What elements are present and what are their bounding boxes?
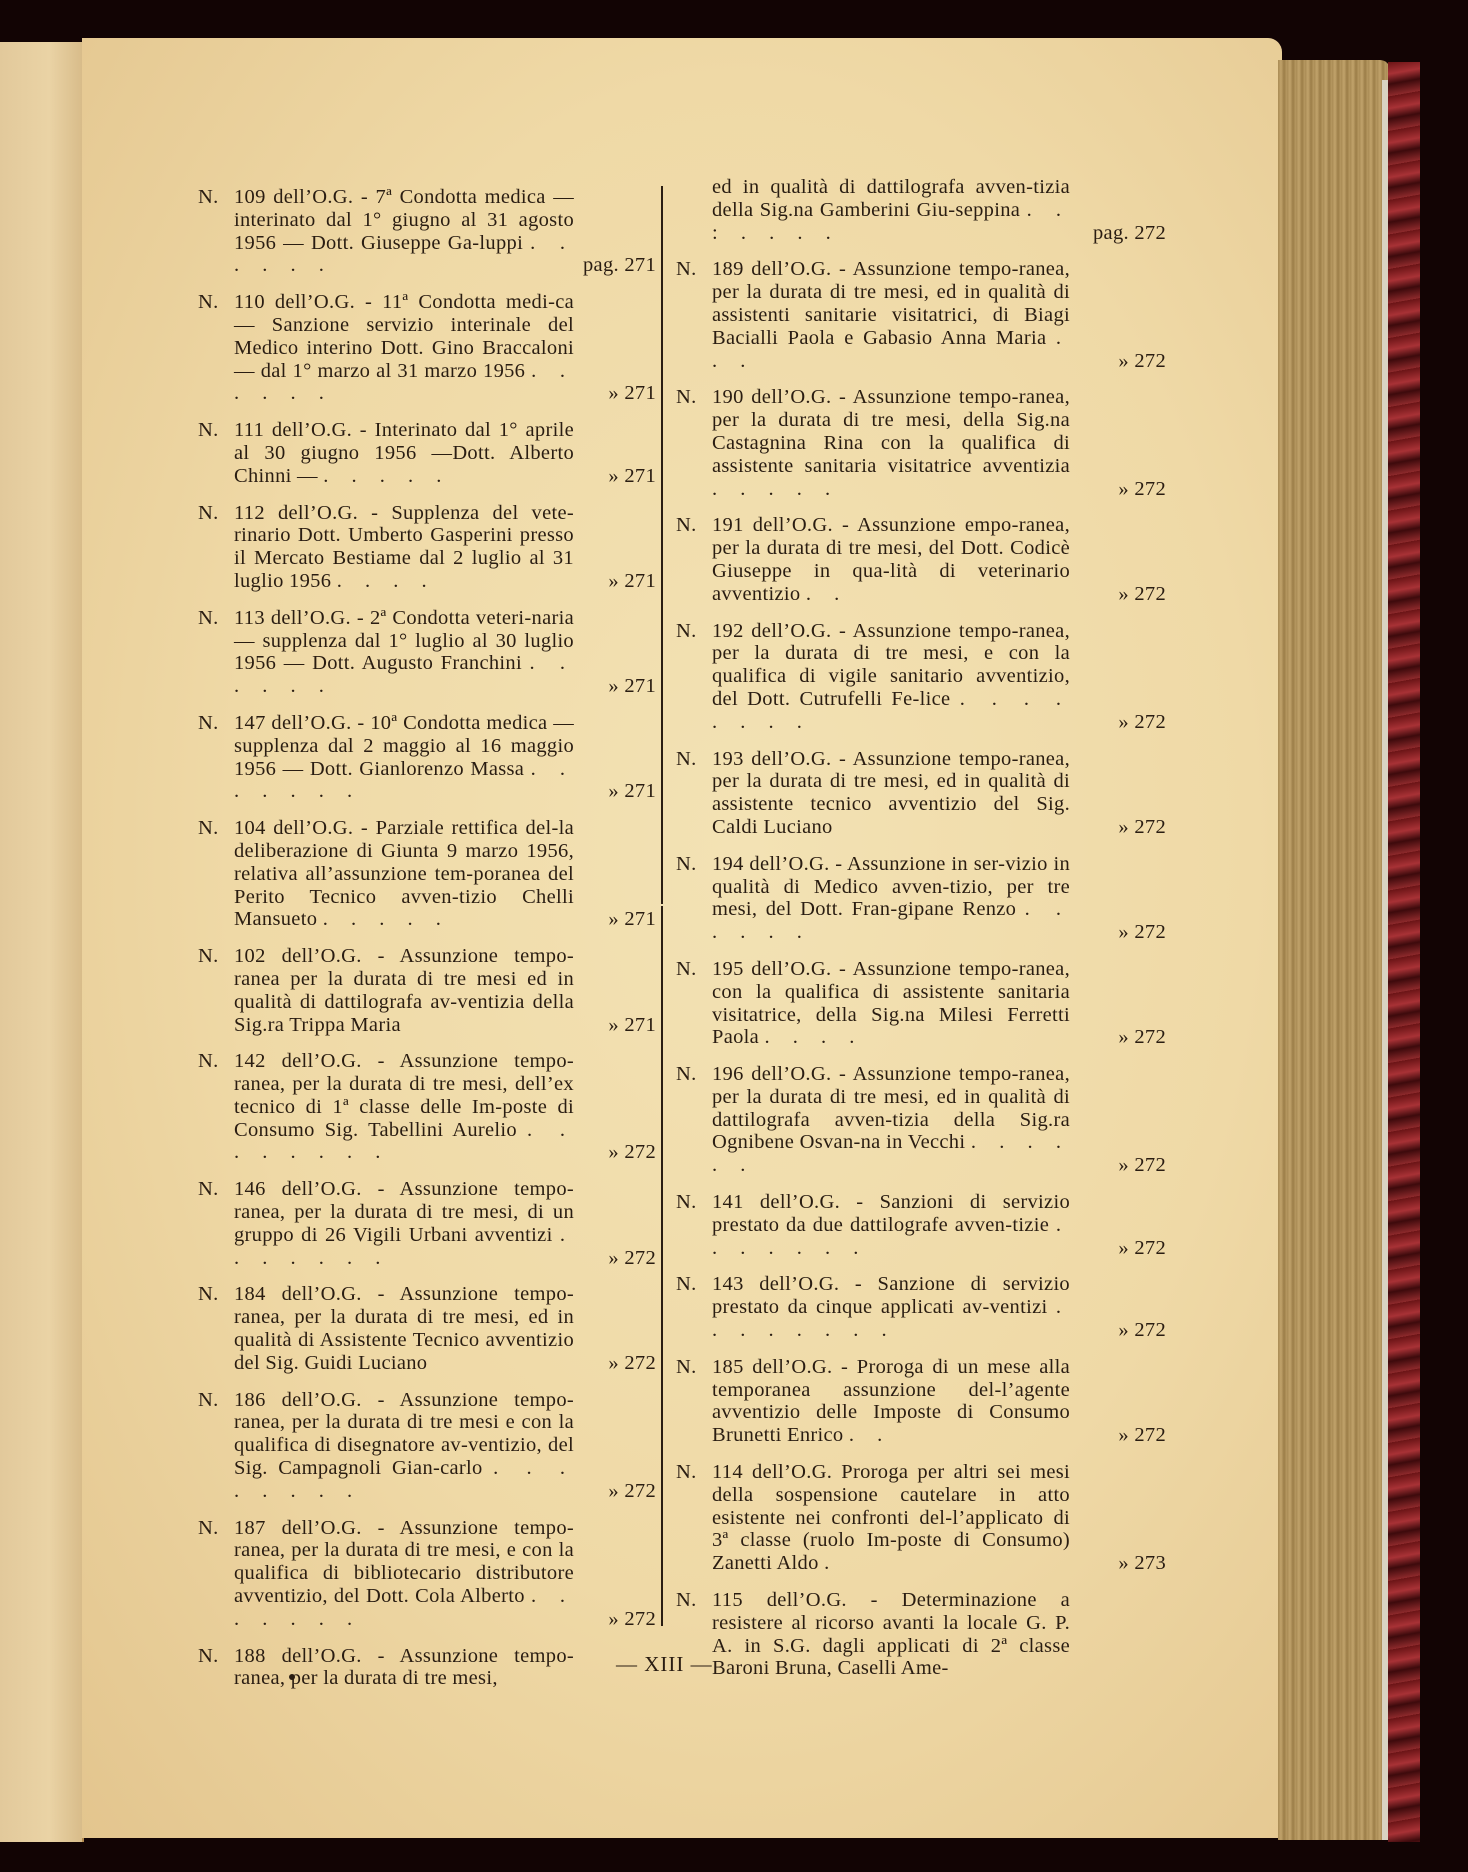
index-entry: N.189 dell’O.G. - Assunzione tempo-ranea…	[676, 258, 1166, 372]
index-entry: N.143 dell’O.G. - Sanzione di servizio p…	[676, 1273, 1166, 1341]
column-divider	[661, 186, 663, 904]
facing-page-edge	[0, 42, 84, 1842]
entry-text: 193 dell’O.G. - Assunzione tempo-ranea, …	[712, 748, 1070, 838]
index-entry: N.142 dell’O.G. - Assunzione tempo-ranea…	[198, 1050, 656, 1164]
page-reference: » 272	[1118, 350, 1166, 373]
entry-text: 143 dell’O.G. - Sanzione di servizio pre…	[712, 1273, 1070, 1318]
index-entry: N.109 dell’O.G. - 7ª Condotta medica — i…	[198, 186, 656, 277]
entry-text: 110 dell’O.G. - 11ª Condotta medi-ca — S…	[234, 291, 574, 381]
index-entry: N.111 dell’O.G. - Interinato dal 1° apri…	[198, 419, 656, 487]
entry-text: 113 dell’O.G. - 2ª Condotta veteri-naria…	[234, 607, 574, 675]
page-reference: » 272	[608, 1480, 656, 1503]
index-column-right: ed in qualità di dattilografa avven-tizi…	[676, 176, 1166, 1694]
entry-text: 189 dell’O.G. - Assunzione tempo-ranea, …	[712, 258, 1070, 348]
entry-text: 109 dell’O.G. - 7ª Condotta medica — int…	[234, 186, 574, 254]
index-entry-continuation: ed in qualità di dattilografa avven-tizi…	[676, 176, 1166, 244]
entry-text: 142 dell’O.G. - Assunzione tempo-ranea, …	[234, 1050, 574, 1140]
index-entry: N.102 dell’O.G. - Assunzione tempo-ranea…	[198, 945, 656, 1036]
index-entry: N.115 dell’O.G. - Determinazione a resis…	[676, 1589, 1166, 1680]
ink-speck	[289, 1674, 295, 1680]
entry-text: 146 dell’O.G. - Assunzione tempo-ranea, …	[234, 1178, 574, 1246]
index-entry: N.112 dell’O.G. - Supplenza del vete-rin…	[198, 502, 656, 593]
page-reference: » 271	[608, 382, 656, 405]
entry-text: ed in qualità di dattilografa avven-tizi…	[712, 176, 1070, 221]
page-reference: » 272	[1118, 1424, 1166, 1447]
index-entry: N.141 dell’O.G. - Sanzioni di servizio p…	[676, 1191, 1166, 1259]
page-reference: » 272	[1118, 1319, 1166, 1342]
index-entry: N.147 dell’O.G. - 10ª Condotta medica — …	[198, 712, 656, 803]
index-entry: N.185 dell’O.G. - Proroga di un mese all…	[676, 1356, 1166, 1447]
entry-text: 141 dell’O.G. - Sanzioni di servizio pre…	[712, 1191, 1070, 1236]
entry-text: 115 dell’O.G. - Determinazione a resiste…	[712, 1589, 1070, 1679]
page-reference: » 271	[608, 465, 656, 488]
page-reference: pag. 272	[1093, 222, 1166, 245]
index-entry: N.194 dell’O.G. - Assunzione in ser-vizi…	[676, 853, 1166, 944]
entry-text: 102 dell’O.G. - Assunzione tempo-ranea p…	[234, 945, 574, 1035]
index-entry: N.188 dell’O.G. - Assunzione tempo-ranea…	[198, 1645, 656, 1691]
entry-text: 184 dell’O.G. - Assunzione tempo-ranea, …	[234, 1283, 574, 1373]
entry-text: 188 dell’O.G. - Assunzione tempo-ranea, …	[234, 1645, 574, 1690]
page-reference: » 272	[1118, 1154, 1166, 1177]
index-entry: N.192 dell’O.G. - Assunzione tempo-ranea…	[676, 620, 1166, 734]
page-reference: » 273	[1118, 1552, 1166, 1575]
page-reference: » 271	[608, 1014, 656, 1037]
index-entry: N.110 dell’O.G. - 11ª Condotta medi-ca —…	[198, 291, 656, 405]
index-column-left: N.109 dell’O.G. - 7ª Condotta medica — i…	[198, 186, 656, 1704]
page-reference: » 272	[1118, 711, 1166, 734]
page-reference: » 272	[608, 1608, 656, 1631]
entry-text: 147 dell’O.G. - 10ª Condotta medica — su…	[234, 712, 574, 780]
entry-text: 194 dell’O.G. - Assunzione in ser-vizio …	[712, 853, 1070, 921]
page-block-edge	[1278, 60, 1390, 1840]
page-reference: » 272	[1118, 921, 1166, 944]
page-reference: » 272	[1118, 1237, 1166, 1260]
page-reference: » 271	[608, 570, 656, 593]
index-entry: N.196 dell’O.G. - Assunzione tempo-ranea…	[676, 1063, 1166, 1177]
page-reference: » 272	[1118, 583, 1166, 606]
page-reference: » 272	[608, 1352, 656, 1375]
index-entry: N.190 dell’O.G. - Assunzione tempo-ranea…	[676, 386, 1166, 500]
page-reference: » 272	[608, 1247, 656, 1270]
page-number-footer: — XIII —	[616, 1652, 713, 1677]
index-entry: N.146 dell’O.G. - Assunzione tempo-ranea…	[198, 1178, 656, 1269]
entry-text: 114 dell’O.G. Proroga per altri sei mesi…	[712, 1461, 1070, 1574]
page-reference: » 272	[1118, 816, 1166, 839]
page-reference: » 271	[608, 675, 656, 698]
entry-text: 190 dell’O.G. - Assunzione tempo-ranea, …	[712, 386, 1070, 476]
marbled-cover	[1388, 62, 1420, 1842]
page-reference: » 272	[1118, 1026, 1166, 1049]
index-entry: N.193 dell’O.G. - Assunzione tempo-ranea…	[676, 748, 1166, 839]
page-reference: » 272	[1118, 478, 1166, 501]
index-entry: N.186 dell’O.G. - Assunzione tempo-ranea…	[198, 1389, 656, 1503]
page-reference: pag. 271	[583, 254, 656, 277]
index-entry: N.113 dell’O.G. - 2ª Condotta veteri-nar…	[198, 607, 656, 698]
index-entry: N.195 dell’O.G. - Assunzione tempo-ranea…	[676, 958, 1166, 1049]
page-reference: » 272	[608, 1141, 656, 1164]
index-entry: N.187 dell’O.G. - Assunzione tempo-ranea…	[198, 1517, 656, 1631]
index-entry: N.184 dell’O.G. - Assunzione tempo-ranea…	[198, 1283, 656, 1374]
page-reference: » 271	[608, 780, 656, 803]
index-entry: N.191 dell’O.G. - Assunzione empo-ranea,…	[676, 514, 1166, 605]
page-reference: » 271	[608, 908, 656, 931]
index-entry: N.104 dell’O.G. - Parziale rettifica del…	[198, 817, 656, 931]
column-divider	[661, 906, 663, 1626]
index-entry: N.114 dell’O.G. Proroga per altri sei me…	[676, 1461, 1166, 1575]
entry-text: 187 dell’O.G. - Assunzione tempo-ranea, …	[234, 1517, 574, 1607]
entry-text: 191 dell’O.G. - Assunzione empo-ranea, p…	[712, 514, 1070, 604]
